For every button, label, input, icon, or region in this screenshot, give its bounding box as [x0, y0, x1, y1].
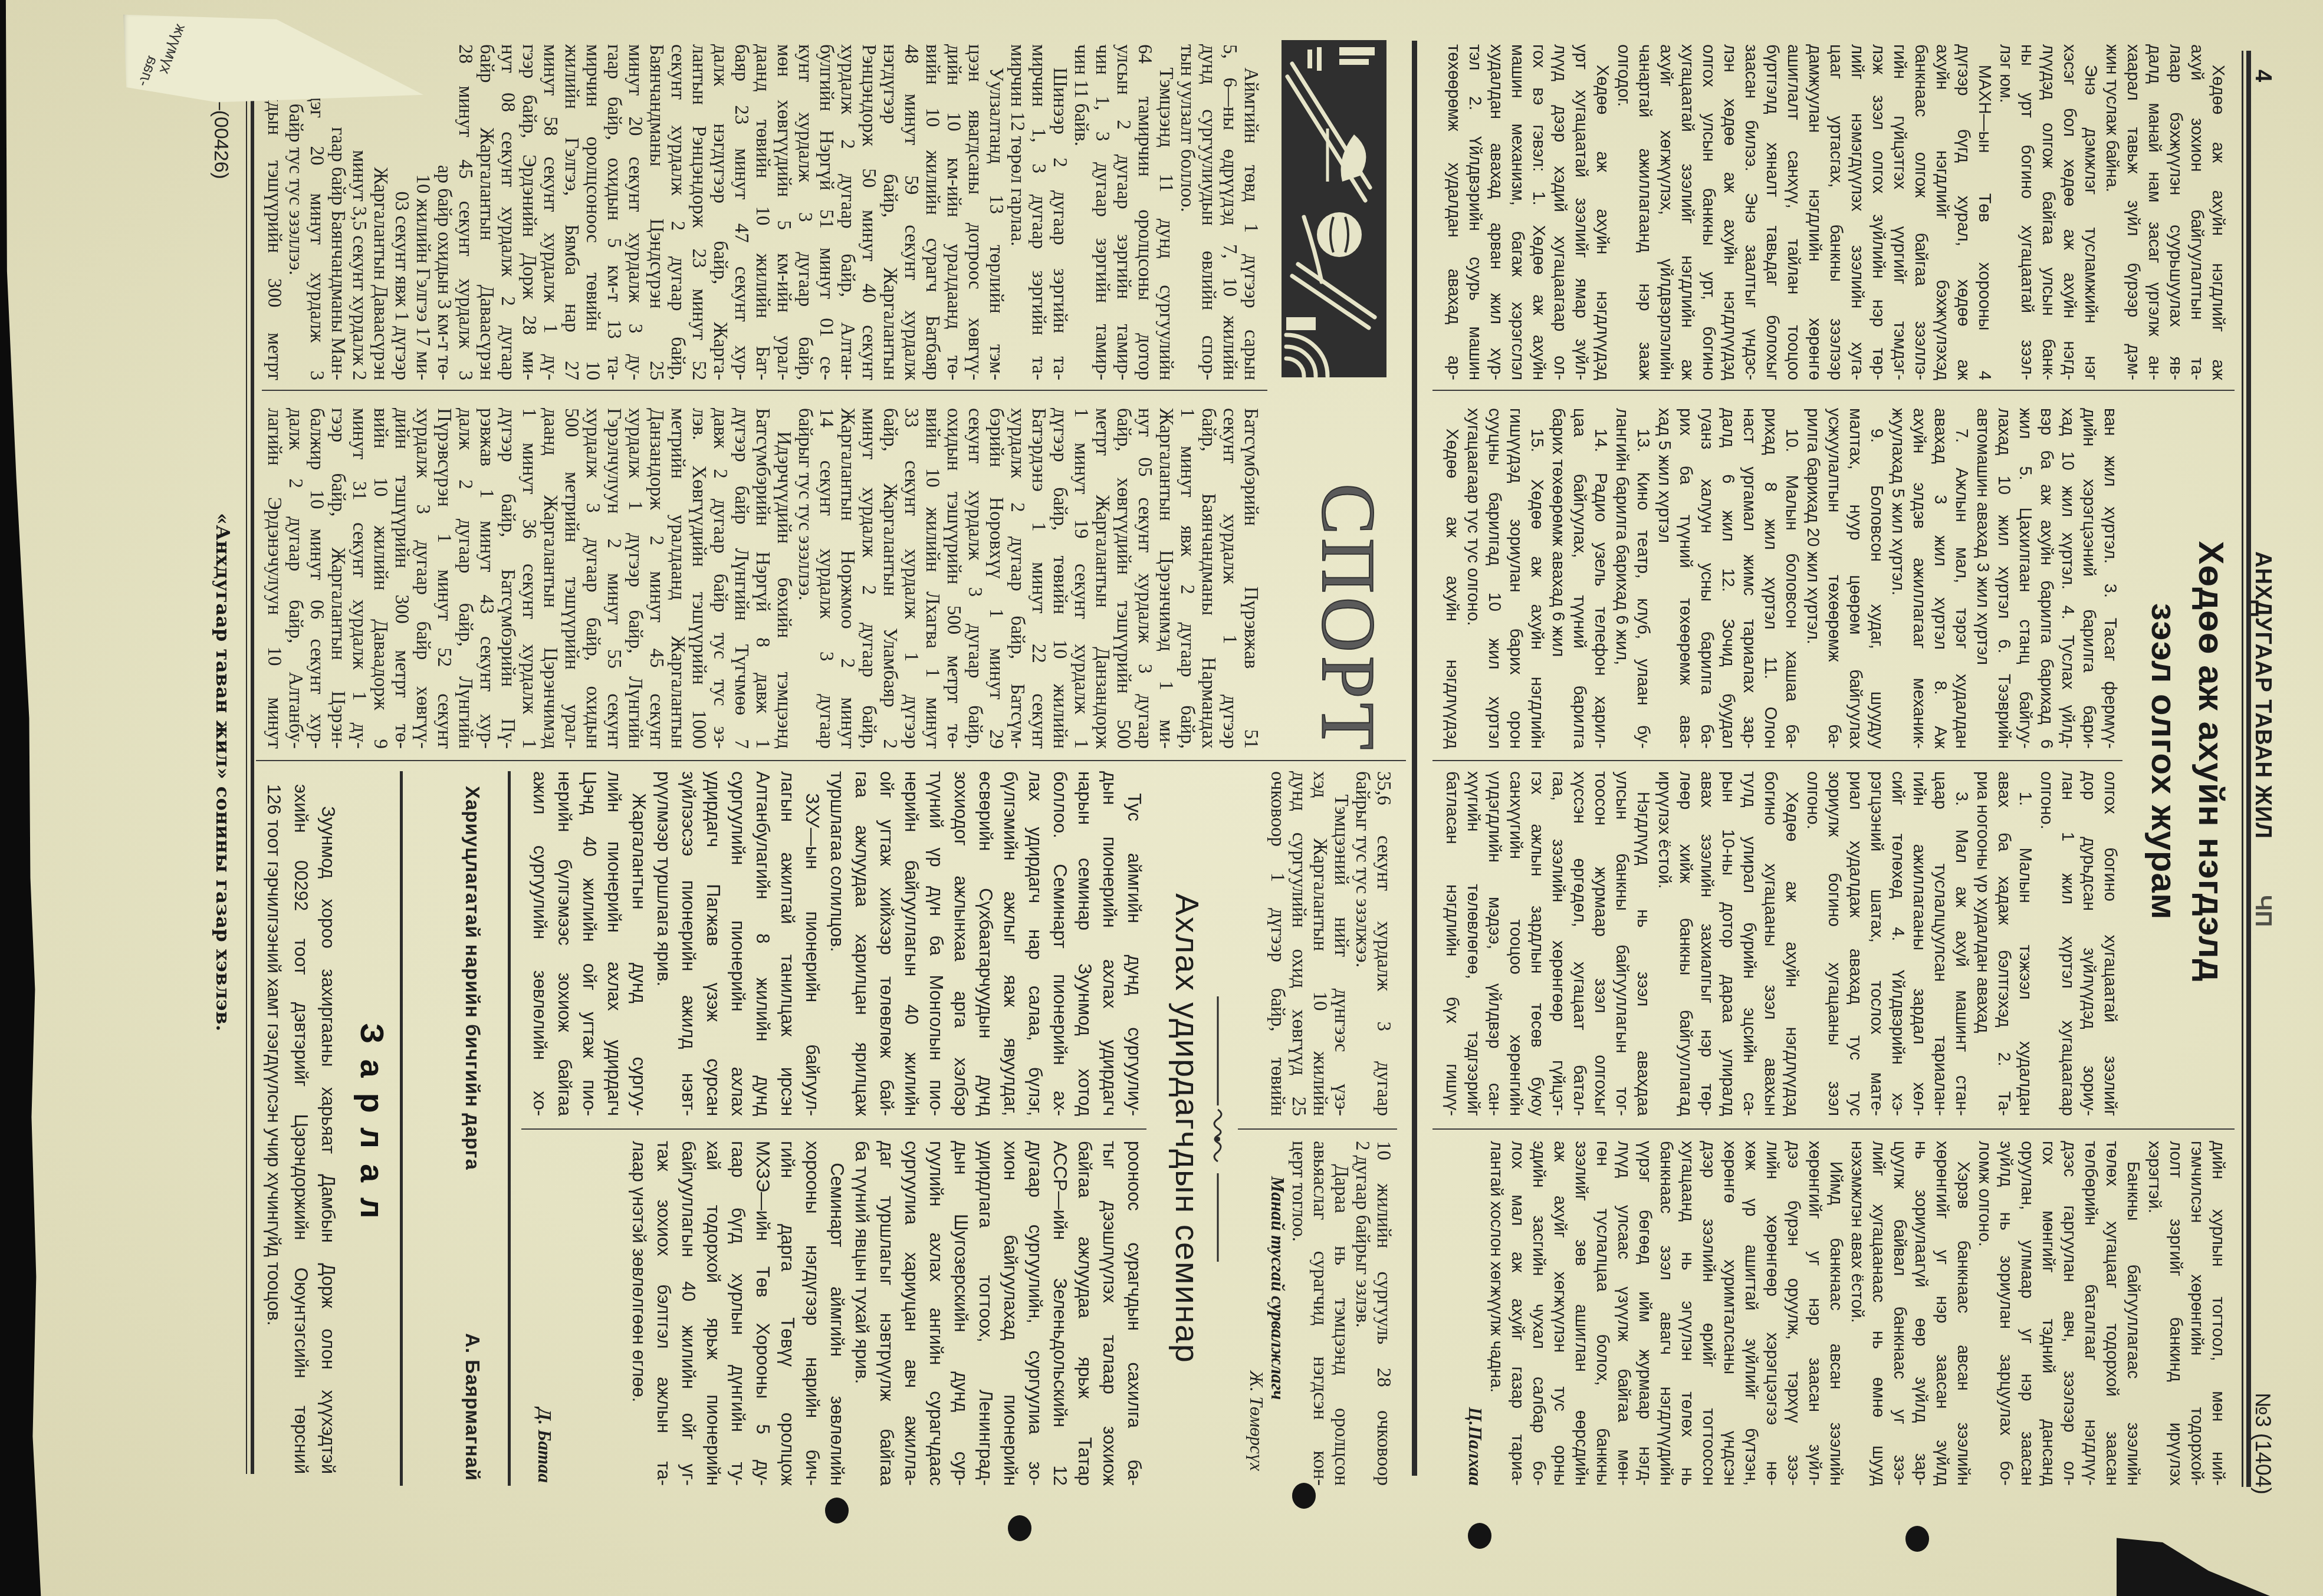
loan-headline-line2: зээл олгох журам [2140, 407, 2187, 1116]
paragraph: 15. Хөдөө аж ахуйн нэгдлийнгишүүдэд зори… [1463, 408, 1547, 749]
date-fragment: ЧП [2251, 895, 2275, 927]
text-line: гох вэ гэвэл: 1. Хөдөө аж ахуйн [1528, 44, 1549, 380]
text-line: рооноос сурагчдын сахилга ба- [1122, 1141, 1146, 1486]
text-line: хаарал тавьж зүйл бүрээр дэм- [2122, 44, 2144, 380]
text-line: жуулахад 5 жил хүртэл. [1887, 408, 1908, 749]
text-line: МАХН—ын Төв хорооны 4 [1974, 44, 1995, 380]
text-line: дунд сургуулиудын өвлийн спор- [1198, 44, 1219, 380]
column-rule [1432, 760, 2122, 761]
text-line: 10 жилийн сургууль 28 очковоор [1373, 1141, 1394, 1486]
paragraph: 14. Радио узель телефон харил-цаа байгуу… [1547, 408, 1611, 749]
paragraph: Дараа нь тэмцээнд оролцсонавьяаслаг сура… [1288, 1141, 1352, 1486]
text-line: балжир 10 минут 06 секунт хур- [306, 408, 327, 749]
text-line: даанд төвийн 10 жилийн Бат- [752, 44, 773, 380]
text-line: тулд улирал бүрийн эцсийн са- [1739, 771, 1760, 1116]
text-line: вийн 10 жилийн Даваадорж 9 [370, 408, 391, 749]
text-line: 10. Малын боловсон хашаа ба- [1781, 408, 1802, 749]
sport-article-column-d: 10 жилийн сургууль 28 очковоор2 дугаар б… [1288, 1141, 1394, 1486]
footer-rule-thick [251, 29, 254, 1474]
text-line: дын Шугозерскийн дунд сур- [948, 1141, 973, 1486]
text-line: цуулж байвал банкнаас уг зээ- [1889, 1141, 1910, 1486]
text-line: минут 20 секунт хурдалж 3 ду- [625, 44, 646, 380]
column-rule [256, 760, 1406, 761]
text-line: ирүүлэх ёстой. [1654, 771, 1675, 1116]
loan-article-signature: Ц.Палхаа [1464, 1141, 1486, 1486]
text-line: церт тоглоо. [1288, 1141, 1309, 1486]
text-line: бүртгэлд хяналт тавьдаг болохыг [1762, 44, 1783, 380]
text-line: олгодог. [1613, 44, 1634, 380]
text-line: хурдалж 3 дугаар байр хөвгүү- [412, 408, 433, 749]
text-line: Пүрэвсүрэн 1 минут 52 секунт [433, 408, 455, 749]
page-number: 4 [2251, 70, 2275, 82]
text-line: хурдалж 2 дугаар байр, Батсүм- [1007, 408, 1028, 749]
text-line: Шинээр 2 дугаар зэргийн та- [1049, 44, 1070, 380]
text-line: рүүлмээр туршлага ярив. [651, 771, 676, 1116]
binding-hole [1468, 1523, 1491, 1549]
text-line: лөөр хийж банкны байгууллагад [1675, 771, 1696, 1116]
text-line: лэв. Хөвгүүдийн тэшүүрийн 1000 [688, 408, 709, 749]
text-line: дүгээр байр, төвийн 10 жилийн [1049, 408, 1070, 749]
paragraph: олгох богино хугацаатай зээлийгдор дурьд… [2036, 771, 2121, 1116]
binding-hole [1008, 1515, 1031, 1541]
text-line: 1. Малын тэжээл худалдан [2015, 771, 2036, 1116]
text-line: дүгээр бүгд хурал, хөдөө аж [1953, 44, 1974, 380]
text-line: лантай хослон хөгжүүлж чадна. [1486, 1141, 1507, 1486]
paragraph: 3. Мал аж ахуй машинт стан-цаар туслалцу… [1802, 771, 1972, 1116]
text-line: Алтанбулагийн 8 жилийн дунд [750, 771, 775, 1116]
text-line: лүүд улсаас үзүүлж байгаа мөн- [1613, 1141, 1634, 1486]
torn-edge [2117, 1533, 2270, 1596]
paragraph: 10. Малын боловсон хашаа ба-рихад 8 жил … [1654, 408, 1802, 749]
text-line: чин 1, 3 дугаар зэргийн тамир- [1092, 44, 1113, 380]
text-line: нь зориулаагүй өөр зүйлд зар- [1910, 1141, 1931, 1486]
text-line: автомашин авахад 3 жил хүртэл [1972, 408, 1993, 749]
text-line: ЗХУ—ын пионерийн байгуул- [800, 771, 824, 1116]
text-line: хүссэн өргөдөл, хугацаат батал- [1569, 771, 1590, 1116]
text-line: богино хугацааны зээл авахын [1760, 771, 1781, 1116]
text-line: Энэ дэмжлэг тусламжийн нэг [2080, 44, 2101, 380]
text-line: баяр 23 минут 47 секунт хур- [731, 44, 752, 380]
text-line: Аймгийн төвд 1 дүгээр сарын [1240, 44, 1261, 380]
text-line: мөн хөвгүүдийн 5 км-ийн урал- [773, 44, 794, 380]
text-line: хад 5 жил хүртэл [1654, 408, 1675, 749]
text-line: ахуйг хөгжүүлэх, үйлдвэрлэлийн [1655, 44, 1677, 380]
text-line: гөн туслалцаа болох, банкны [1592, 1141, 1613, 1486]
text-line: Баянчандманы Цэндсүрэн 25 [646, 44, 667, 380]
text-line: Нэгдлүүд нь зээл авахдаа [1632, 771, 1654, 1116]
text-line: дээ бүрэн оруулж, тэрхүү зээ- [1783, 1141, 1804, 1486]
text-line: гийн ажиллагааны зардал хөл- [1908, 771, 1930, 1116]
text-line: хэд Жаргалантын 10 жилийн [1309, 771, 1330, 1116]
notice-rule-top [400, 771, 403, 1486]
text-line: оруулан, улмаар уг нэр заасан [2016, 1141, 2038, 1486]
text-line: машин механизм, багаж хэрэгслэл [1507, 44, 1528, 380]
text-line: 48 минут 59 секунт хурдалж [901, 44, 922, 380]
text-line: 3. Мал аж ахуй машинт стан- [1951, 771, 1972, 1116]
text-line: 1 минут 36 секунт хурдалж 1 [518, 408, 540, 749]
text-line: үлдэгдлийн мэдээ, үйлдвэр сан- [1484, 771, 1505, 1116]
text-line: нэхэмжлэн авах ёстой. [1846, 1141, 1868, 1486]
text-line: дээс гаргуулан авч, зээлээр ол- [2059, 1141, 2080, 1486]
text-line: ойг угтаж хийхээр төлөвлөж бай- [874, 771, 899, 1116]
header-rule-thick [2246, 51, 2251, 1487]
paragraph: Хөдөө аж ахуйн нэгдлүүдэд [1441, 408, 1463, 749]
text-line: Уулзалтанд 13 төрлийн тэм- [985, 44, 1007, 380]
text-line: зээлийг зөв ашиглан өөрсдийн [1570, 1141, 1592, 1486]
text-line: өсвөрийн Сүхбаатарчуудын дунд [973, 771, 998, 1116]
text-line: лийн пионерийн ахлах удирдагч [602, 771, 626, 1116]
text-line: риа ногооны үр худалдан авахад [1972, 771, 1993, 1116]
text-line: Жаргалантын Цэрэнчимэд 1 ми- [1155, 408, 1177, 749]
text-line: метрт Жаргалантын Данзандорж [1092, 408, 1113, 749]
paragraph: Тэмцээнд 11 дунд сургуулийн64 тамирчин о… [1070, 44, 1177, 380]
text-line: рэгцээний шатах, тослох мате- [1866, 771, 1887, 1116]
text-line: ван жил хүртэл. 3. Тасаг фермүү- [2099, 408, 2121, 749]
text-line: метрийн уралдаанд Жаргалантын [667, 408, 688, 749]
text-line: дамжуулан нэгдлийн хөрөнгө [1804, 44, 1825, 380]
text-line: хөрөнгө хуримталсаны үндсэн [1719, 1141, 1740, 1486]
text-line: 13. Кино театр, клуб, улаан бу- [1632, 408, 1654, 749]
text-line: дын пионерийн ахлах удирдагч [1097, 771, 1122, 1116]
text-line: нут 05 секунт хурдалж 3 дугаар [1134, 408, 1155, 749]
text-line: хэсэг бол хөдөө аж ахуйн нэгд- [2059, 44, 2080, 380]
text-line: банкнаас олгож байгаа зээллэ- [1910, 44, 1931, 380]
paragraph: 7. Ажлын мал, тэрэг худалданавахад 3 жил… [1887, 408, 1972, 749]
text-line: хион байгуулахад пионерийн [998, 1141, 1023, 1486]
paragraph: 10 жилийн сургууль 28 очковоор2 дугаар б… [1352, 1141, 1394, 1486]
paragraph: Хэрэв банкнаас авсан зээлийнхөрөнгийг уг… [1846, 1141, 1974, 1486]
text-line: байрыг тус тус эзэллээ. [794, 408, 816, 749]
text-line: боллоо. Семинарт пионерийн ах- [1047, 771, 1072, 1116]
text-line: олгоно. [2036, 771, 2057, 1116]
loan-headline-line1: Хөдөө аж ахуйн нэгдэлд [2187, 407, 2235, 1116]
text-line: төлөх хугацааг тодорхой заасан [2101, 1141, 2122, 1486]
text-line: ар байр охидын 3 км-т тө- [433, 44, 455, 380]
seminar-headline: Ахлах удирдагчдын семинар [1168, 771, 1207, 1486]
text-line: чанартай ажиллагаанд нэр зааж [1634, 44, 1655, 380]
text-line: минут 31 секунт хурдалж 1 дү- [349, 408, 370, 749]
issue-number: №3 (1404) [2251, 1393, 2275, 1495]
text-line: дүгээр байр, Батсүмбэрийн Пү- [497, 408, 518, 749]
text-line: улсын 2 дугаар зэргийн тамир- [1113, 44, 1134, 380]
loan-article-column-a: Хөдөө аж ахуйн нэгдлийг ажахуй зохион ба… [1443, 44, 2229, 380]
text-line: 1 минут явж 2 дугаар байр, [1177, 408, 1198, 749]
text-line: Хөдөө аж ахуйн нэгдлийг аж [2207, 44, 2229, 380]
paragraph: МАХН—ын Төв хорооны 4дүгээр бүгд хурал, … [1613, 44, 1995, 380]
seminar-article-column-c: Тус аймгийн дунд сургуулиу-дын пионерийн… [527, 771, 1146, 1116]
text-line: 14 секунт хурдалж 3 дугаар [816, 408, 837, 749]
text-line: үүрэг бөгөөд ийм журмаар нэгд- [1634, 1141, 1655, 1486]
text-line: лангийн барилга барихад 6 жил, [1611, 408, 1632, 749]
text-line: рилга барихад 20 жил хүртэл. [1802, 408, 1823, 749]
text-line: байрыг тус тус эзэлжээ. [1352, 771, 1373, 1116]
text-line: авах ба хадаж бэлтгэхэд 2. Та- [1993, 771, 2015, 1116]
text-line: гаар бүгд хурлын дүнгийн ту- [725, 1141, 750, 1486]
text-line: хөж үр ашигтай зүйлийг бүтээн, [1740, 1141, 1762, 1486]
text-line: гэх ажлын зардлын төсөв буюу [1526, 771, 1547, 1116]
binding-hole [1292, 1483, 1316, 1509]
text-line: ажил сургуулийн зөвлөлийн хо- [527, 771, 552, 1116]
paragraph: Зуунмод хороо захиргааны харьяат Дамбын … [260, 784, 341, 1474]
text-line: барих төхөөрөмж авахад 6 жил [1547, 408, 1569, 749]
text-line: лахад 10 жил хүртэл 6. Тээврийн [1993, 408, 2015, 749]
text-line: заасан билээ. Энэ заалтыг үндэс- [1740, 44, 1762, 380]
text-line: жин туслаж байна. [2101, 44, 2122, 380]
paragraph: 9. Боловсон худаг, шуудуумалтах, нуур цө… [1802, 408, 1887, 749]
text-line: АССР—ийн Зеленьдольскийн 12 [1047, 1141, 1072, 1486]
text-line: 15. Хөдөө аж ахуйн нэгдлийн [1526, 408, 1547, 749]
paragraph: Хөдөө аж ахуйн нэгдлүүдэдурт хугацаатай … [1443, 44, 1613, 380]
text-line: Рэнцэндорж 50 минут 40 секунт [858, 44, 879, 380]
loan-article-column-c: олгох богино хугацаатай зээлийгдор дурьд… [1441, 771, 2121, 1116]
paragraph: Жаргалантын дунд сургуу-лийн пионерийн а… [527, 771, 651, 1116]
text-line: тоосон журмаар зээл олгохыг [1590, 771, 1611, 1116]
text-line: сургуулийн пионерийн ахлах [725, 771, 750, 1116]
text-line: удирдлага тогтоох, Ленинград- [973, 1141, 998, 1486]
text-line: Тус аймгийн дунд сургуулиу- [1122, 771, 1146, 1116]
sport-byline-role: Манай тусгай сурвалжлагч [1267, 1176, 1288, 1400]
paragraph: Аймгийн төвд 1 дүгээр сарын5, 6—ны өдрүү… [1177, 44, 1261, 380]
sport-byline-name: Ж. Төмөрсүх [1246, 1141, 1267, 1471]
text-line: Тэмцээнд 11 дунд сургуулийн [1155, 44, 1177, 380]
text-line: лаар бэхжүүлэн суурьшуулах яв- [2165, 44, 2186, 380]
text-line: санхүүгийн тооцоо хөрөнгийн [1505, 771, 1526, 1116]
text-line: худалдан авахад арван жил хүр- [1486, 44, 1507, 380]
text-line: гээр байр, Жаргалантын Цэрэн- [327, 408, 349, 749]
text-line: зохиодог ажлынхаа арга хэлбэр [948, 771, 973, 1116]
text-line: вийн 10 жилийн Лхагва 1 минут [922, 408, 943, 749]
text-line: Жаргалантын Норжмоо 2 минут [837, 408, 858, 749]
text-line: гишүүдэд зориулан барих орон [1505, 408, 1526, 749]
text-line: эхийн 00292 тоот дэвтэрийг Цэрэндоржийн … [287, 784, 314, 1474]
text-line: малтах, нуур цөөрөм байгуулах [1845, 408, 1866, 749]
text-line: дүгээр байр Лүнгийн Түгчмөө 7 [731, 408, 752, 749]
editor-credit-role: Хариуцлагатай нарийн бичгийн дарга [461, 786, 484, 1170]
text-line: лантын Рэнцэндорж 23 минут 52 [688, 44, 709, 380]
text-line: мирчин 1, 3 дугаар зэргийн та- [1028, 44, 1049, 380]
text-line: 7. Ажлын мал, тэрэг худалдан [1951, 408, 1972, 749]
text-line: наст ургамал жимс тариалах зар- [1739, 408, 1760, 749]
text-line: дор дурьдсан зүйлүүдэд зориу- [2078, 771, 2099, 1116]
text-line: хэрэгтэй. [2144, 1141, 2165, 1486]
text-line: мирчин оролцсоноос төвийн 10 [582, 44, 603, 380]
text-line: хөрөнгийг уг нэр заасан зүйлд [1931, 1141, 1953, 1486]
paragraph: Хөдөө аж ахуйн нэгдлүүдэдбогино хугацаан… [1654, 771, 1802, 1116]
seminar-article-column-d: рооноос сурагчдын сахилга ба-тыг дээшлүү… [626, 1141, 1146, 1486]
text-line: цаа байгуулах, түүний барилга [1569, 408, 1590, 749]
text-line: ба түүний явцын тухай ярив. [849, 1141, 874, 1486]
text-line: авьяаслаг сурагчид нэгдсэн кон- [1309, 1141, 1330, 1486]
text-line: гох мөнгийг тэдний дансанд [2038, 1141, 2059, 1486]
printer-credit: «Анхдугаар таван жил» сонины газар хэвлэ… [211, 513, 235, 1032]
text-line: сийг төлөхөд 4. Үйлдвэрийн хэ- [1887, 771, 1908, 1116]
scroll-ornament-icon [1208, 996, 1227, 1262]
text-line: хорооны нэгдүгээр нарийн бич- [800, 1141, 824, 1486]
text-line: гийн дарга Төвүү оролцож [775, 1141, 800, 1486]
text-line: 35,6 секунт хурдалж 3 дугаар [1373, 771, 1394, 1116]
paragraph: Нэгдлүүд нь зээл авахдааулсын банкны бай… [1441, 771, 1654, 1116]
scanner-background-edge [0, 0, 58, 1596]
text-line: хад 10 жил хүртэл. 4. Туслах үйлд- [2057, 408, 2078, 749]
text-line: олгох богино хугацаатай зээлийг [2099, 771, 2121, 1116]
text-line: лагын ажилтай танилцаж ирсэн [775, 771, 800, 1116]
text-line: рын 10-ны дотор дараа улиралд [1717, 771, 1739, 1116]
text-line: батласан нэгдлийн бүх гишүү- [1441, 771, 1463, 1116]
text-line: ахуйн элдэв ажиллагааг механик- [1908, 408, 1930, 749]
paragraph: Иймд банкнаас авсан зээлийнхөрөнгийг уг … [1486, 1141, 1846, 1486]
text-line: минут 58 секунт хурдалж 1 дү- [540, 44, 561, 380]
text-line: аж ахуйг хөгжүүлэн тус орны [1549, 1141, 1570, 1486]
text-line: Хэрэв банкнаас авсан зээлийн [1953, 1141, 1974, 1486]
text-line: ломж олгоно. [1974, 1141, 1995, 1486]
paragraph: Энэ дэмжлэг тусламжийн нэгхэсэг бол хөдө… [1995, 44, 2101, 380]
text-line: хурдалж 3 дугаар байр, охидын [582, 408, 603, 749]
text-line: нут 08 секунт хурдалж 2 дугаар [497, 44, 518, 380]
text-line: 500 метрийн тэшүүрийн урал- [561, 408, 582, 749]
text-line: гаа ажлуудаа харилцан ярилцаж [849, 771, 874, 1116]
text-line: жил 5. Цахилгаан станц байгуу- [2015, 408, 2036, 749]
text-line: давж 2 дугаар байр тус тус эз- [709, 408, 731, 749]
paragraph: 35,6 секунт хурдалж 3 дугаарбайрыг тус т… [1352, 771, 1394, 1116]
paragraph: ван жил хүртэл. 3. Тасаг фермүү-дийн хэр… [1972, 408, 2121, 749]
text-line: рэвжав 1 минут 43 секунт хур- [476, 408, 497, 749]
binding-hole [825, 1498, 849, 1523]
sport-article-column-b: Батсүмбэрийн Пүрэвжав 51секунт хурдалж 1… [264, 408, 1261, 749]
text-line: байгаа ажлуудаа ярьж Татар [1072, 1141, 1097, 1486]
text-line: Жаргалантын дунд сургуу- [626, 771, 651, 1116]
text-line: цаар туслалцуулсан тариалан- [1930, 771, 1951, 1116]
text-line: секунт хурдалж 2 дугаар байр, [667, 44, 688, 380]
text-line: нарын семинар Зуунмод хотод [1072, 771, 1097, 1116]
paragraph: Семинарт аймгийн зөвлөлийнхорооны нэгдүг… [626, 1141, 849, 1486]
text-line: охидын тэшүүрийн 500 метрт тө- [943, 408, 964, 749]
text-line: туршлагаа солилцов. [824, 771, 849, 1116]
text-line: хугацаатай зээлийг нэгдлийн аж [1677, 44, 1698, 380]
text-line: зүйлээсээ пионерийн ажилд нэвт- [676, 771, 701, 1116]
text-line: лэж зээл олгох зүйлийн нэр төр- [1868, 44, 1889, 380]
column-rule [1238, 1128, 1397, 1130]
text-line: 1 минут 19 секунт хурдалж 1 [1070, 408, 1092, 749]
text-line: 9. Боловсон худаг, шуудуу [1866, 408, 1887, 749]
footer-rule-thin [246, 29, 247, 1474]
text-line: гэмчилсэн хөрөнгийн тодорхой- [2186, 1141, 2207, 1486]
text-line: лэг юм. [1995, 44, 2016, 380]
text-line: Гэрэлчулуун 2 минут 55 секунт [603, 408, 625, 749]
paragraph: Банкны байгууллагаас зээлийнтөлөх хугаца… [1974, 1141, 2144, 1486]
text-line: лүүдэд олгож байгаа улсын банк- [2038, 44, 2059, 380]
newspaper-page: 4 АНХДУГААР ТАВАН ЖИЛ ЧП №3 (1404) Хөдөө… [0, 0, 2323, 1596]
text-line: тыг дээшлүүлэх талаар зохиож [1097, 1141, 1122, 1486]
text-line: рихад 8 жил хүртэл 11. Олон [1760, 408, 1781, 749]
text-line: лан 1 жил хүртэл хугацаагаар [2057, 771, 2078, 1116]
text-line: байр, Жаргалантын Уламбаяр 2 [879, 408, 901, 749]
credit-rule-top [508, 771, 511, 1486]
text-line: дийн хурлын тогтоол, мөн ний- [2207, 1141, 2229, 1486]
text-line: 14. Радио узель телефон харил- [1590, 408, 1611, 749]
text-line: дунд сургуулийн охид хөвгүүд 25 [1288, 771, 1309, 1116]
text-line: Цэнд 40 жилийн ойг угтаж пио- [577, 771, 602, 1116]
text-line: төлбөрийн баталгааг нэгдлүү- [2080, 1141, 2101, 1486]
paragraph: рооноос сурагчдын сахилга ба-тыг дээшлүү… [849, 1141, 1146, 1486]
paragraph: Шинээр 2 дугаар зэргийн та-мирчин 1, 3 д… [1007, 44, 1070, 380]
column-rule [1432, 1128, 2235, 1130]
paragraph: Идэрчүүдийн бөхийн тэмцээндБатсүмбэрийн … [264, 408, 794, 749]
text-line: цээн явагдсаны дотроос хөвгүү- [964, 44, 985, 380]
text-line: 64 тамирчин оролцсоны дотор [1134, 44, 1155, 380]
text-line: очковоор 1 дүгээр байр, төвийн [1267, 771, 1288, 1116]
text-line: нэгдүгээр байр, Жаргалантын [879, 44, 901, 380]
text-line: секунт хурдалж 3 дугаар байр, [964, 408, 985, 749]
paragraph: Батсүмбэрийн Пүрэвжав 51секунт хурдалж 1… [794, 408, 1261, 749]
text-line: бэрийн Норовхүү 1 минут 29 [985, 408, 1007, 749]
text-line: бүлгэмийн ажлыг яаж явуулдаг, [998, 771, 1023, 1116]
text-line: рих ба түүний төхөөрөмж ава- [1675, 408, 1696, 749]
text-line: гаар байр, охидын 5 км-т 13 та- [603, 44, 625, 380]
text-line: Хөдөө аж ахуйн нэгдлүүдэд [1592, 44, 1613, 380]
text-line: олгоно. [1802, 771, 1823, 1116]
text-line: кунт хурдалж 3 дугаар байр, [794, 44, 816, 380]
text-line: 2 дугаар байрыг эзлэв. [1352, 1141, 1373, 1486]
text-line: хугацаанд нь эгүүлэн төлөх нь [1677, 1141, 1698, 1486]
text-line: булгийн Нэргүй 51 минут 01 се- [816, 44, 837, 380]
section-divider-rule [1412, 41, 1417, 1476]
text-line: лагийн Эрдэнэчулуун 10 минут [264, 408, 285, 749]
seminar-signature: Д. Батаа [534, 1141, 555, 1483]
text-line: даг туршлагыг нэвтрүүлж байгаа [874, 1141, 899, 1486]
text-line: мирчин 12 төрөл гарлаа. [1007, 44, 1028, 380]
column-rule [262, 390, 1267, 391]
text-line: удирдагч Пагжав үзэж сурсан [701, 771, 725, 1116]
text-line: гийн гүйцэтгэх үүргийг тэмдэг- [1889, 44, 1910, 380]
text-line: авах зээлийн захиалгыг нэр төр- [1696, 771, 1717, 1116]
editor-credit-name: А. Баярмагнай [461, 1327, 484, 1481]
sport-article-column-c: 35,6 секунт хурдалж 3 дугаарбайрыг тус т… [1267, 771, 1394, 1116]
text-line: далж 2 дугаар байр, Лүнгийн [455, 408, 476, 749]
text-line: 5, 6—ны өдрүүдэд 7, 10 жилийн [1219, 44, 1240, 380]
text-line: хурдалж 1 дүгээр байр, Лүнгийн [625, 408, 646, 749]
text-line: лах удирдагч нар салаа, бүлэг, [1023, 771, 1047, 1116]
text-line: даанд Жаргалантын Цэрэнчимэд [540, 408, 561, 749]
text-line: ахуйн нэгдлийг бэхжүүлэхэд [1931, 44, 1953, 380]
text-line: тын уулзалт боллоо. [1177, 44, 1198, 380]
text-line: сууцны барилгад 10 жил хүртэл [1484, 408, 1505, 749]
text-line: цааг уртасгах, банкны зээлээр [1825, 44, 1846, 380]
text-line: хүүгийн төлөвлөгөө, тэдгээрийг [1463, 771, 1484, 1116]
text-line: 28 минут 45 секунт хурдалж 3 [455, 44, 476, 380]
text-line: лийг хугацаанаас нь өмнө шууд [1868, 1141, 1889, 1486]
loan-article-column-b: ван жил хүртэл. 3. Тасаг фермүү-дийн хэр… [1441, 408, 2121, 749]
column-rule [521, 1128, 1146, 1130]
paragraph: 13. Кино театр, клуб, улаан бу-лангийн б… [1611, 408, 1654, 749]
text-line: улсын банкны байгууллагын тог- [1611, 771, 1632, 1116]
text-line: Зуунмод хороо захиргааны харьяат Дамбын … [314, 784, 341, 1474]
ornament-divider [1208, 996, 1227, 1262]
text-line: гээр байр, Эрдэнийн Дорж 28 ми- [518, 44, 540, 380]
text-line: Тэмцээний нийт дүнгээс үзэ- [1330, 771, 1352, 1116]
paragraph: 1. Малын тэжээл худалданавах ба хадаж бэ… [1972, 771, 2036, 1116]
text-line: дийн тэшүүрийн 300 метрт тө- [391, 408, 412, 749]
text-line: зориулж богино хугацааны зээл [1823, 771, 1845, 1116]
text-line: урт хугацаатай зээлийг ямар зүйл- [1570, 44, 1592, 380]
text-line: байр Жаргалантын Даваасүрэн [476, 44, 497, 380]
text-line: хай тодорхой ярьж пионерийн [701, 1141, 725, 1486]
text-line: Семинарт аймгийн зөвлөлийн [824, 1141, 849, 1486]
notice-body: Зуунмод хороо захиргааны харьяат Дамбын … [260, 784, 341, 1474]
text-line: Батсүмбэрийн Пүрэвжав 51 [1240, 408, 1261, 749]
text-line: ашиглалт санхүү, тайлан тооцоо [1783, 44, 1804, 380]
text-line: Банкны байгууллагаас зээлийн [2122, 1141, 2144, 1486]
text-line: эдийн засгийн чухал салбар бо- [1528, 1141, 1549, 1486]
